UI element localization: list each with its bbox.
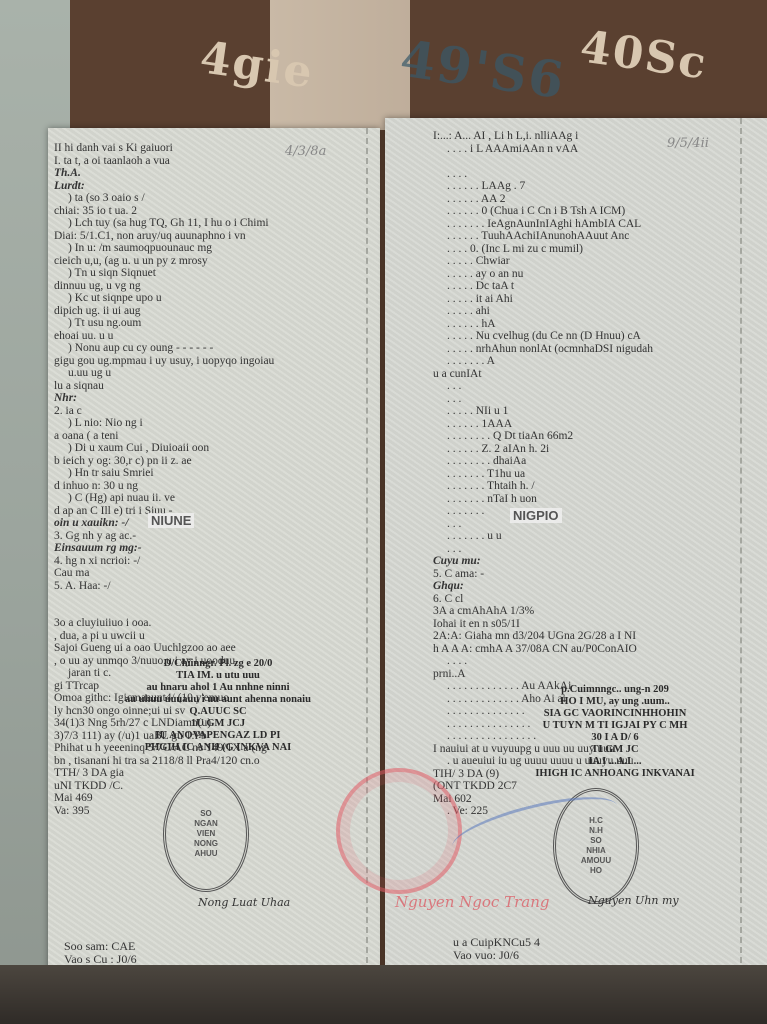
- document-line: ) Lch tuy (sa hug TQ, Gh 11, I hu o i Ch…: [54, 217, 274, 230]
- handwritten-note: 4/3/8a: [285, 144, 326, 159]
- document-line: ) L nio: Nio ng i: [54, 417, 274, 430]
- document-line: [54, 592, 274, 605]
- document-line: . . . . . . hA: [433, 318, 653, 331]
- red-seal-icon: [336, 768, 462, 894]
- signature-line: HO I MU, ay ung .uum..: [495, 696, 735, 708]
- document-line: 4. hg n xi ncrioi: -/: [54, 555, 274, 568]
- document-line: . . . . . . . . Q Dt tiaAn 66m2: [433, 430, 653, 443]
- document-line: ) C (Hg) api nuau ii. ve: [54, 492, 274, 505]
- document-line: [54, 605, 274, 618]
- seal-text: VIEN: [166, 829, 246, 839]
- official-seal-icon: SONGANVIENNONGAHUU: [163, 776, 249, 892]
- document-line: Cuyu mu:: [433, 555, 653, 568]
- document-line: . . . . . . . A: [433, 355, 653, 368]
- seal-text: AHUU: [166, 849, 246, 859]
- signature-line: TI GM JC: [495, 744, 735, 756]
- document-line: lu a siqnau: [54, 380, 274, 393]
- document-line: ) ta (so 3 oaio s /: [54, 192, 274, 205]
- document-line: . . . . . . . nTaI h uon: [433, 493, 653, 506]
- document-line: TTH/ 3 DA gia: [54, 767, 274, 780]
- document-line: 3o a cluyiuiiuo i ooa.: [54, 617, 274, 630]
- document-line: h A A A: cmhA A 37/08A CN au/P0ConAIO: [433, 643, 653, 656]
- signature-block: p.Cuimnngc.. ung-n 209HO I MU, ay ung .u…: [495, 684, 735, 794]
- signature-line: PHGIH IC ANH (G INKVA NAI: [68, 742, 368, 754]
- seal-text: NHIA: [556, 846, 636, 856]
- document-line: prni..A: [433, 668, 653, 681]
- document-line: . . . . . . Z. 2 aIAn h. 2i: [433, 443, 653, 456]
- document-line: Nhr:: [54, 392, 274, 405]
- signature-line: au hnaru ahol 1 Au nnhne ninni: [68, 682, 368, 694]
- red-signature: Nguyen Ngoc Trang: [395, 893, 549, 911]
- document-line: Iohai it en n s05/1I: [433, 618, 653, 631]
- document-line: 5. A. Haa: -/: [54, 580, 274, 593]
- document-line: cieich u,u, (ag u. u un py z mrosy: [54, 255, 274, 268]
- document-line: . . .: [433, 393, 653, 406]
- document-line: chiai: 35 io t ua. 2: [54, 205, 274, 218]
- signer-name: Nguyen Uhn my: [588, 894, 679, 907]
- signature-line: IA I ...A.I ...: [495, 756, 735, 768]
- document-line: 5. C ama: -: [433, 568, 653, 581]
- signature-line: U TUYN M TI IGJAI PY C MH: [495, 720, 735, 732]
- document-line: ) Nonu aup cu cy oung - - - - - -: [54, 342, 274, 355]
- document-line: . . . . . . . T1hu ua: [433, 468, 653, 481]
- document-line: . . . . . . 0 (Chua i C Cn i B Tsh A ICM…: [433, 205, 653, 218]
- cover-print-right: 40Sc: [577, 21, 711, 89]
- signature-line: au uhuu uuuauu i uu aunt ahenna nonaiu: [68, 694, 368, 706]
- document-line: Diai: 5/1.C1, non aruy/uq auunaphno i vn: [54, 230, 274, 243]
- document-line: . . . . . Chwiar: [433, 255, 653, 268]
- signature-line: D/Chiinngr. Pl. zg e 20/0: [68, 658, 368, 670]
- document-line: ) In u: /m saumoqpuounauc mg: [54, 242, 274, 255]
- document-line: 6. C cl: [433, 593, 653, 606]
- signature-line: 1U GM JCJ: [68, 718, 368, 730]
- document-line: Einsauum rg mg:-: [54, 542, 274, 555]
- document-line: . . . . i L AAAmiAAn n vAA: [433, 143, 653, 156]
- document-line: ehoai uu. u u: [54, 330, 274, 343]
- signature-line: IHIGH IC ANHOANG INKVANAI: [495, 768, 735, 780]
- document-line: ) Di u xaum Cui , Diuioaii oon: [54, 442, 274, 455]
- document-line: . . . . . . AA 2: [433, 193, 653, 206]
- seal-text: AMOUU: [556, 856, 636, 866]
- document-line: . . . .: [433, 168, 653, 181]
- document-line: u a cunIAt: [433, 368, 653, 381]
- document-line: I. ta t, a oi taanlaoh a vua: [54, 155, 274, 168]
- document-page-left: 4/3/8a II hi danh vai s Ki gaiuoriI. ta …: [48, 128, 380, 973]
- document-line: dinnuu ug, u vg ng: [54, 280, 274, 293]
- document-line: . . .: [433, 380, 653, 393]
- document-line: . . . . . . TuuhAAchiIAnunohAAuut Anc: [433, 230, 653, 243]
- document-line: u.uu ug u: [54, 367, 274, 380]
- document-line: dipich ug. ii ui aug: [54, 305, 274, 318]
- signer-name: Nong Luat Uhaa: [198, 896, 290, 909]
- signature-line: 30 I A D/ 6: [495, 732, 735, 744]
- signature-line: p.Cuimnngc.. ung-n 209: [495, 684, 735, 696]
- document-line: . . . .: [433, 655, 653, 668]
- seal-text: NGAN: [166, 819, 246, 829]
- document-line: . . . . . NIi u 1: [433, 405, 653, 418]
- document-line: II hi danh vai s Ki gaiuori: [54, 142, 274, 155]
- document-line: I:...: A... AI , Li h L,i. nlliAAg i: [433, 130, 653, 143]
- document-line: b ieich y og: 30,r c) pn ii z. ae: [54, 455, 274, 468]
- document-line: . . . . . ay o an nu: [433, 268, 653, 281]
- redaction-label: NIUNE: [148, 513, 194, 528]
- document-line: d inhuo n: 30 u ng: [54, 480, 274, 493]
- document-line: 2A:A: Giaha mn d3/204 UGna 2G/28 a I NI: [433, 630, 653, 643]
- document-line: , dua, a pi u uwcii u: [54, 630, 274, 643]
- cover-print-blue: 49'S6: [397, 29, 569, 111]
- document-line: [433, 155, 653, 168]
- document-line: . . . . . . . . dhaiAa: [433, 455, 653, 468]
- document-line: Cau ma: [54, 567, 274, 580]
- document-line: . . . . . . . IeAgnAunInIAghi hAmbIA CAL: [433, 218, 653, 231]
- seal-text: HO: [556, 866, 636, 876]
- document-line: gigu gou ug.mpmau i uy usuy, i uopyqo in…: [54, 355, 274, 368]
- signature-block: D/Chiinngr. Pl. zg e 20/0TIA IM. u utu u…: [68, 658, 368, 768]
- redaction-label: NIGPIO: [510, 508, 562, 523]
- document-line: . . . . . . . u u: [433, 530, 653, 543]
- document-line: Lurdt:: [54, 180, 274, 193]
- document-line: . . . . . . . Thtaih h. /: [433, 480, 653, 493]
- document-line: Sajoi Gueng ui a oao Uuchlgzoo ao aee: [54, 642, 274, 655]
- seal-text: SO: [166, 809, 246, 819]
- signature-line: Q.AUUC SC: [68, 706, 368, 718]
- document-line: 2. ia c: [54, 405, 274, 418]
- document-line: . . . . . . LAAg . 7: [433, 180, 653, 193]
- signature-line: TIA IM. u utu uuu: [68, 670, 368, 682]
- document-line: ) Tn u siqn Siqnuet: [54, 267, 274, 280]
- seal-text: NONG: [166, 839, 246, 849]
- document-line: . . . . . Dc taA t: [433, 280, 653, 293]
- document-line: . . . . . ahi: [433, 305, 653, 318]
- document-line: ) Tt usu ng.oum: [54, 317, 274, 330]
- document-line: . . . . 0. (Inc L mi zu c mumil): [433, 243, 653, 256]
- document-line: uNI TKDD /C.: [54, 780, 274, 793]
- document-line: . . . . . nrhAhun nonlAt (ocmnhaDSI nigu…: [433, 343, 653, 356]
- background-table-edge: [0, 965, 767, 1024]
- document-line: 3A a cmAhAhA 1/3%: [433, 605, 653, 618]
- document-line: Ghqu:: [433, 580, 653, 593]
- handwritten-note: 9/5/4ii: [667, 136, 709, 151]
- signature-line: IU ANOVAPENGAZ LD PI: [68, 730, 368, 742]
- document-line: a oana ( a teni: [54, 430, 274, 443]
- page-fold-line: [740, 118, 742, 973]
- document-line: . . . . . it ai Ahi: [433, 293, 653, 306]
- register-date: Vao vuo: J0/6: [453, 949, 519, 962]
- document-line: . . . . . Nu cvelhug (du Ce nn (D Hnuu) …: [433, 330, 653, 343]
- document-line: . . .: [433, 543, 653, 556]
- document-line: Th.A.: [54, 167, 274, 180]
- document-line: . . . . . . 1AAA: [433, 418, 653, 431]
- document-line: ) Hn tr saiu Smriei: [54, 467, 274, 480]
- signature-line: SIA GC VAORINCINHHOHIN: [495, 708, 735, 720]
- document-line: 3. Gg nh y ag ac.-: [54, 530, 274, 543]
- document-line: ) Kc ut siqnpe upo u: [54, 292, 274, 305]
